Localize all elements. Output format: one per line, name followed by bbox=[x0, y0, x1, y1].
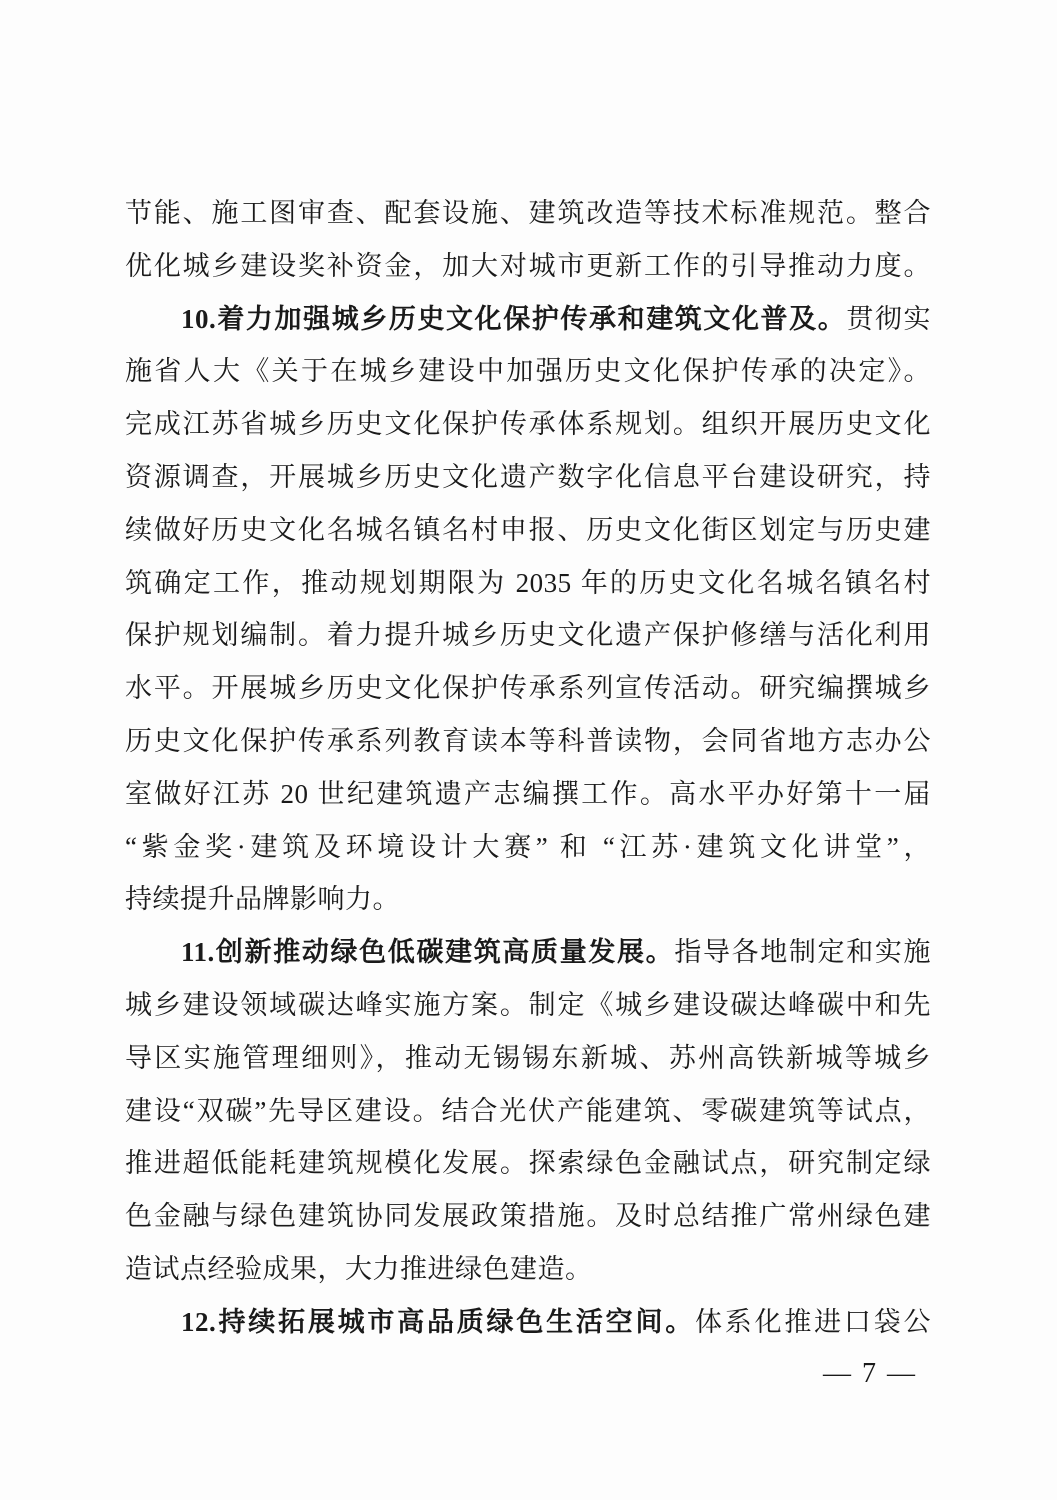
text-line: 12.持续拓展城市高品质绿色生活空间。体系化推进口袋公 bbox=[125, 1296, 931, 1349]
text-run: 续做好历史文化名城名镇名村申报、历史文化街区划定与历史建 bbox=[125, 515, 931, 545]
text-line: 资源调查，开展城乡历史文化遗产数字化信息平台建设研究，持 bbox=[125, 451, 931, 504]
text-run: 资源调查，开展城乡历史文化遗产数字化信息平台建设研究，持 bbox=[125, 462, 931, 492]
text-run: 指导各地制定和实施 bbox=[674, 937, 931, 967]
text-run: 室做好江苏 20 世纪建筑遗产志编撰工作。高水平办好第十一届 bbox=[125, 779, 931, 809]
text-run: 完成江苏省城乡历史文化保护传承体系规划。组织开展历史文化 bbox=[125, 409, 931, 439]
text-run: 城乡建设领域碳达峰实施方案。制定《城乡建设碳达峰碳中和先 bbox=[125, 990, 931, 1020]
text-line: 筑确定工作，推动规划期限为 2035 年的历史文化名城名镇名村 bbox=[125, 557, 931, 610]
text-run: 造试点经验成果，大力推进绿色建造。 bbox=[125, 1254, 593, 1284]
text-line: 节能、施工图审查、配套设施、建筑改造等技术标准规范。整合 bbox=[125, 187, 931, 240]
text-line: 施省人大《关于在城乡建设中加强历史文化保护传承的决定》。 bbox=[125, 345, 931, 398]
text-run: 历史文化保护传承系列教育读本等科普读物，会同省地方志办公 bbox=[125, 726, 931, 756]
text-run: 筑确定工作，推动规划期限为 2035 年的历史文化名城名镇名村 bbox=[125, 568, 931, 598]
text-line: 推进超低能耗建筑规模化发展。探索绿色金融试点，研究制定绿 bbox=[125, 1137, 931, 1190]
page-number: — 7 — bbox=[823, 1358, 933, 1390]
text-line: 室做好江苏 20 世纪建筑遗产志编撰工作。高水平办好第十一届 bbox=[125, 768, 931, 821]
text-run: 推进超低能耗建筑规模化发展。探索绿色金融试点，研究制定绿 bbox=[125, 1148, 931, 1178]
text-line: 保护规划编制。着力提升城乡历史文化遗产保护修缮与活化利用 bbox=[125, 609, 931, 662]
text-run: 施省人大《关于在城乡建设中加强历史文化保护传承的决定》。 bbox=[125, 356, 931, 386]
text-run: 节能、施工图审查、配套设施、建筑改造等技术标准规范。整合 bbox=[125, 198, 931, 228]
text-run: 保护规划编制。着力提升城乡历史文化遗产保护修缮与活化利用 bbox=[125, 620, 931, 650]
text-line: 城乡建设领域碳达峰实施方案。制定《城乡建设碳达峰碳中和先 bbox=[125, 979, 931, 1032]
text-run: 导区实施管理细则》，推动无锡锡东新城、苏州高铁新城等城乡 bbox=[125, 1043, 931, 1073]
text-line: 10.着力加强城乡历史文化保护传承和建筑文化普及。贯彻实 bbox=[125, 293, 931, 346]
document-page: 节能、施工图审查、配套设施、建筑改造等技术标准规范。整合优化城乡建设奖补资金，加… bbox=[0, 0, 1057, 1500]
text-line: 完成江苏省城乡历史文化保护传承体系规划。组织开展历史文化 bbox=[125, 398, 931, 451]
text-run: 色金融与绿色建筑协同发展政策措施。及时总结推广常州绿色建 bbox=[125, 1201, 931, 1231]
document-body: 节能、施工图审查、配套设施、建筑改造等技术标准规范。整合优化城乡建设奖补资金，加… bbox=[125, 187, 931, 1349]
text-run: 水平。开展城乡历史文化保护传承系列宣传活动。研究编撰城乡 bbox=[125, 673, 931, 703]
text-line: 色金融与绿色建筑协同发展政策措施。及时总结推广常州绿色建 bbox=[125, 1190, 931, 1243]
text-line: 导区实施管理细则》，推动无锡锡东新城、苏州高铁新城等城乡 bbox=[125, 1032, 931, 1085]
bold-text-run: 11.创新推动绿色低碳建筑高质量发展。 bbox=[181, 937, 674, 967]
text-run: 建设“双碳”先导区建设。结合光伏产能建筑、零碳建筑等试点， bbox=[125, 1096, 931, 1126]
text-line: 历史文化保护传承系列教育读本等科普读物，会同省地方志办公 bbox=[125, 715, 931, 768]
text-line: 造试点经验成果，大力推进绿色建造。 bbox=[125, 1243, 931, 1296]
text-run: 体系化推进口袋公 bbox=[695, 1307, 931, 1337]
text-line: 11.创新推动绿色低碳建筑高质量发展。指导各地制定和实施 bbox=[125, 926, 931, 979]
text-line: 建设“双碳”先导区建设。结合光伏产能建筑、零碳建筑等试点， bbox=[125, 1085, 931, 1138]
text-line: 续做好历史文化名城名镇名村申报、历史文化街区划定与历史建 bbox=[125, 504, 931, 557]
bold-text-run: 10.着力加强城乡历史文化保护传承和建筑文化普及。 bbox=[181, 304, 846, 334]
text-line: “紫金奖·建筑及环境设计大赛” 和 “江苏·建筑文化讲堂”， bbox=[125, 821, 931, 874]
text-run: 贯彻实 bbox=[846, 304, 931, 334]
text-run: 优化城乡建设奖补资金，加大对城市更新工作的引导推动力度。 bbox=[125, 251, 931, 281]
text-line: 优化城乡建设奖补资金，加大对城市更新工作的引导推动力度。 bbox=[125, 240, 931, 293]
text-line: 持续提升品牌影响力。 bbox=[125, 873, 931, 926]
text-line: 水平。开展城乡历史文化保护传承系列宣传活动。研究编撰城乡 bbox=[125, 662, 931, 715]
text-run: 持续提升品牌影响力。 bbox=[125, 884, 400, 914]
bold-text-run: 12.持续拓展城市高品质绿色生活空间。 bbox=[181, 1307, 695, 1337]
text-run: “紫金奖·建筑及环境设计大赛” 和 “江苏·建筑文化讲堂”， bbox=[125, 832, 931, 862]
